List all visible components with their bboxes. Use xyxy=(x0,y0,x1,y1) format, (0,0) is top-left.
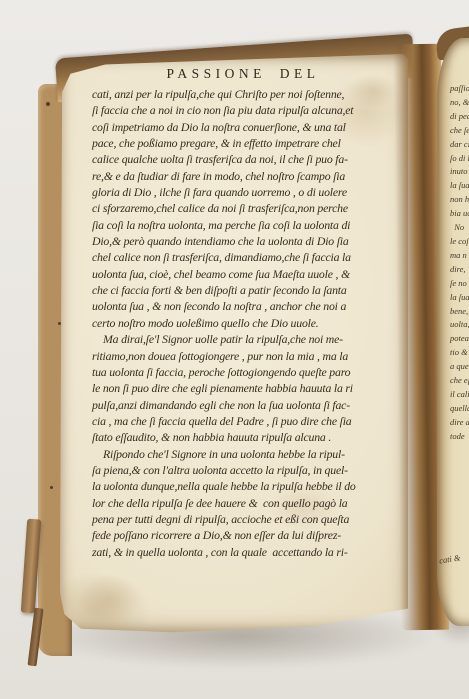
text-line: chel calice non ſi trasferiſca, dimandia… xyxy=(92,249,394,265)
text-line: no, & xyxy=(450,96,469,110)
text-line: Dio,& però quando intendiamo che la uolo… xyxy=(92,233,394,249)
text-line: che ci faccia forti & ben diſpoſti a pat… xyxy=(92,282,394,298)
text-line: re,& e da ſtudiar di fare in modo, chel … xyxy=(92,168,394,184)
text-line: ſo di lo xyxy=(450,152,469,166)
text-line: paſſio xyxy=(450,82,469,96)
text-line: le non ſi puo dire che egli pienamente h… xyxy=(92,380,394,396)
text-line: ſa piena,& con l'altra uolonta accetto l… xyxy=(92,462,394,478)
text-line: inuto i xyxy=(450,165,469,179)
book-photograph: PASSIONE DEL cati, anzi per la ripulſa,c… xyxy=(0,0,469,699)
facing-page-text-fragments: paſſiono, &di peccche ſe ddar cioſo di l… xyxy=(450,82,469,444)
text-line: fede poſſano ricorrere a Dio,& non eſſer… xyxy=(92,527,394,543)
text-line: che ſe d xyxy=(450,124,469,138)
wear-speck xyxy=(50,486,53,489)
text-line: la ſua xyxy=(450,291,469,305)
text-block: PASSIONE DEL cati, anzi per la ripulſa,c… xyxy=(92,66,394,560)
text-line: zati, & in quella uolonta , con la quale… xyxy=(92,544,394,560)
text-line: uolonta ſua, cioè, chel beamo come ſua M… xyxy=(92,266,394,282)
text-line: Riſpondo che'l Signore in una uolonta he… xyxy=(92,446,394,462)
text-line: ſtato eſſaudito, & non habbia hauuta rip… xyxy=(92,429,394,445)
text-line: ſe no xyxy=(450,277,469,291)
text-line: non ha xyxy=(450,193,469,207)
text-line: tio & xyxy=(450,346,469,360)
text-line: ſia coſi la noſtra uolonta, ma perche ſi… xyxy=(92,217,394,233)
text-line: Ma dirai,ſe'l Signor uolle patir la ripu… xyxy=(92,331,394,347)
text-line: che eſco xyxy=(450,374,469,388)
running-header: PASSIONE DEL xyxy=(92,66,394,82)
text-line: coſi impetriamo da Dio la noſtra conuerſ… xyxy=(92,119,394,135)
text-line: ma n xyxy=(450,249,469,263)
facing-page-bottom-fragment: cati & xyxy=(438,552,461,565)
text-line: pace, che poßiamo pregare, & in effetto … xyxy=(92,135,394,151)
text-line: uolta, xyxy=(450,318,469,332)
text-line: gloria di Dio , ilche ſi fara quando uor… xyxy=(92,184,394,200)
text-line: ſi faccia che a noi in cio non ſia piu d… xyxy=(92,102,394,118)
text-line: tua uolonta ſi faccia, peroche ſottogion… xyxy=(92,364,394,380)
text-line: dire, xyxy=(450,263,469,277)
text-line: la uolonta dunque,nella quale hebbe la r… xyxy=(92,478,394,494)
text-line: bia uo xyxy=(450,207,469,221)
wear-speck xyxy=(46,102,50,106)
text-line: ritiamo,non douea ſottogiongere , pur no… xyxy=(92,348,394,364)
text-line: dar cio xyxy=(450,138,469,152)
text-line: il calice xyxy=(450,388,469,402)
text-line: No xyxy=(450,221,469,235)
text-line: lor che della ripulſa ſe dee hauere & co… xyxy=(92,495,394,511)
text-line: cia , ma che ſi faccia quella del Padre … xyxy=(92,413,394,429)
text-line: cati, anzi per la ripulſa,che qui Chriſt… xyxy=(92,86,394,102)
text-line: tode xyxy=(450,430,469,444)
foxing-stain xyxy=(80,574,140,624)
text-line: a quella xyxy=(450,360,469,374)
text-line: uolonta ſua , & non ſecondo la noſtra , … xyxy=(92,298,394,314)
body-text: cati, anzi per la ripulſa,che qui Chriſt… xyxy=(92,86,394,560)
facing-page-sliver: paſſiono, &di peccche ſe ddar cioſo di l… xyxy=(437,38,469,626)
wear-speck xyxy=(58,322,61,325)
text-line: pulſa,anzi dimandando egli che non la ſu… xyxy=(92,397,394,413)
text-line: di pecc xyxy=(450,110,469,124)
text-line: ci sforzaremo,chel calice da noi ſi tras… xyxy=(92,200,394,216)
text-line: certo noſtro modo uoleßimo quello che Di… xyxy=(92,315,394,331)
text-line: potea xyxy=(450,332,469,346)
left-page: PASSIONE DEL cati, anzi per la ripulſa,c… xyxy=(60,54,408,634)
text-line: la ſua, xyxy=(450,179,469,193)
text-line: le coſ xyxy=(450,235,469,249)
text-line: calice qualche uolta ſi trasferiſca da n… xyxy=(92,151,394,167)
text-line: bene, xyxy=(450,305,469,319)
text-line: quella u xyxy=(450,402,469,416)
text-line: pena per tutti degni di ripulſa, accioch… xyxy=(92,511,394,527)
text-line: dire all xyxy=(450,416,469,430)
